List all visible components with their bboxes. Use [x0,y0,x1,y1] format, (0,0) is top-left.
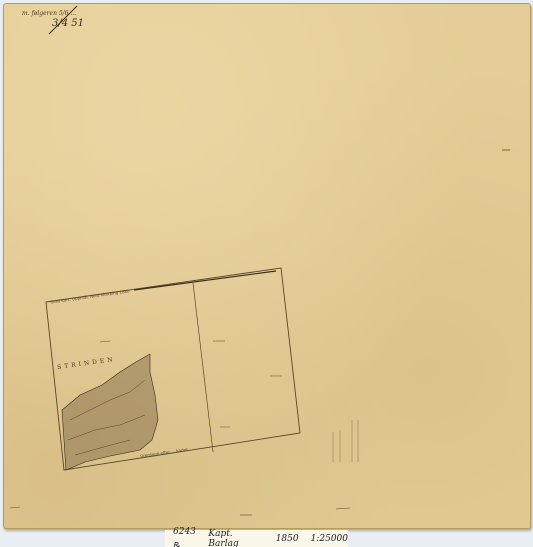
author: Kapt. Barlag [208,529,249,547]
scale: 1:25000 [311,534,348,544]
catalog-number: 6243 ꝶ [173,527,196,547]
catalog-label: 6243 ꝶ Kapt. Barlag 1850 1:25000 [165,530,348,547]
year: 1850 [276,534,299,544]
map-drawing [0,0,533,547]
